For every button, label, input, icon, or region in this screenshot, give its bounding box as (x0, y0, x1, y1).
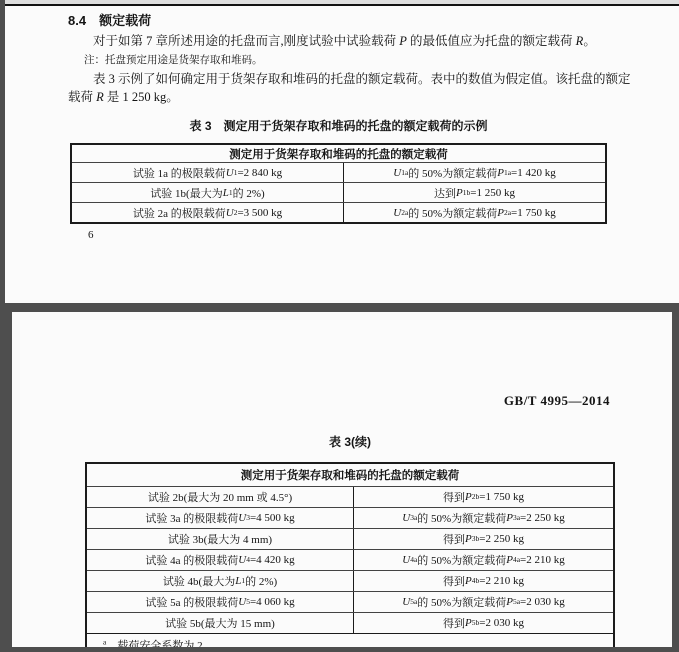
table-row: 试验 5a 的极限载荷 U5=4 060 kg U5a 的 50%为额定载荷 P… (87, 591, 613, 612)
table-cell-test: 试验 5b(最大为 15 mm) (87, 613, 353, 633)
table-row: 试验 3a 的极限载荷 U3=4 500 kg U3a 的 50%为额定载荷 P… (87, 507, 613, 528)
table-row: 试验 5b(最大为 15 mm) 得到 P5b=2 030 kg (87, 612, 613, 633)
paragraph-table3-line1: 表 3 示例了如何确定用于货架存取和堆码的托盘的额定载荷。表中的数值为假定值。该… (68, 69, 631, 87)
table-cell-test: 试验 5a 的极限载荷 U5=4 060 kg (87, 592, 353, 612)
table-cell-result: U3a 的 50%为额定载荷 P3a=2 250 kg (353, 508, 613, 528)
table-row: 试验 1a 的极限载荷 U1=2 840 kg U1a 的 50%为额定载荷 P… (72, 162, 605, 182)
table-header-cell: 测定用于货架存取和堆码的托盘的额定载荷 (87, 464, 613, 486)
table-cell-result: 得到 P3b=2 250 kg (353, 529, 613, 549)
table-cell-result: U2a 的 50%为额定载荷 P2a=1 750 kg (343, 203, 605, 222)
table-cell-test: 试验 2b(最大为 20 mm 或 4.5°) (87, 487, 353, 507)
table-row: 试验 1b(最大为 L1 的 2%) 达到 P1b=1 250 kg (72, 182, 605, 202)
section-heading: 8.4 额定载荷 (68, 10, 151, 29)
paragraph-table3-line2: 载荷 R 是 1 250 kg。 (68, 87, 179, 105)
table-cell-result: U1a 的 50%为额定载荷 P1a=1 420 kg (343, 163, 605, 182)
rated-load-table-continued: 测定用于货架存取和堆码的托盘的额定载荷 试验 2b(最大为 20 mm 或 4.… (85, 462, 615, 647)
table-cell-test: 试验 1a 的极限载荷 U1=2 840 kg (72, 163, 343, 182)
document-scan: 8.4 额定载荷 对于如第 7 章所述用途的托盘而言,刚度试验中试验载荷 P 的… (0, 0, 679, 652)
table-row: 试验 2a 的极限载荷 U2=3 500 kg U2a 的 50%为额定载荷 P… (72, 202, 605, 222)
table-row: 试验 4a 的极限载荷 U4=4 420 kg U4a 的 50%为额定载荷 P… (87, 549, 613, 570)
paragraph-rated-load: 对于如第 7 章所述用途的托盘而言,刚度试验中试验载荷 P 的最低值应为托盘的额… (68, 31, 596, 49)
table-footnote: a 载荷安全系数为 2。 (87, 633, 613, 647)
table-cell-result: U4a 的 50%为额定载荷 P4a=2 210 kg (353, 550, 613, 570)
table-cell-test: 试验 1b(最大为 L1 的 2%) (72, 183, 343, 202)
table-cell-result: 达到 P1b=1 250 kg (343, 183, 605, 202)
table-cell-result: 得到 P5b=2 030 kg (353, 613, 613, 633)
table-row: 试验 4b(最大为 L1 的 2%) 得到 P4b=2 210 kg (87, 570, 613, 591)
standard-code-header: GB/T 4995—2014 (504, 393, 610, 409)
page-top: 8.4 额定载荷 对于如第 7 章所述用途的托盘而言,刚度试验中试验载荷 P 的… (5, 0, 679, 303)
rated-load-table: 测定用于货架存取和堆码的托盘的额定载荷 试验 1a 的极限载荷 U1=2 840… (70, 143, 607, 224)
table-row: 试验 2b(最大为 20 mm 或 4.5°) 得到 P2b=1 750 kg (87, 486, 613, 507)
section-rule (5, 4, 679, 6)
table-cell-result: 得到 P4b=2 210 kg (353, 571, 613, 591)
table3-caption: 表 3 测定用于货架存取和堆码的托盘的额定载荷的示例 (70, 117, 607, 134)
page-number: 6 (88, 229, 94, 241)
table-cell-test: 试验 3b(最大为 4 mm) (87, 529, 353, 549)
table-row: 试验 3b(最大为 4 mm) 得到 P3b=2 250 kg (87, 528, 613, 549)
table3-continued-caption: 表 3(续) (85, 433, 615, 450)
page-bottom: GB/T 4995—2014 表 3(续) 测定用于货架存取和堆码的托盘的额定载… (12, 312, 672, 647)
table-header-cell: 测定用于货架存取和堆码的托盘的额定载荷 (72, 145, 605, 162)
table-cell-result: 得到 P2b=1 750 kg (353, 487, 613, 507)
table-cell-test: 试验 3a 的极限载荷 U3=4 500 kg (87, 508, 353, 528)
table-cell-test: 试验 2a 的极限载荷 U2=3 500 kg (72, 203, 343, 222)
note-text: 注：托盘预定用途是货架存取和堆码。 (84, 52, 263, 67)
table-cell-test: 试验 4a 的极限载荷 U4=4 420 kg (87, 550, 353, 570)
table-cell-test: 试验 4b(最大为 L1 的 2%) (87, 571, 353, 591)
table-cell-result: U5a 的 50%为额定载荷 P5a=2 030 kg (353, 592, 613, 612)
